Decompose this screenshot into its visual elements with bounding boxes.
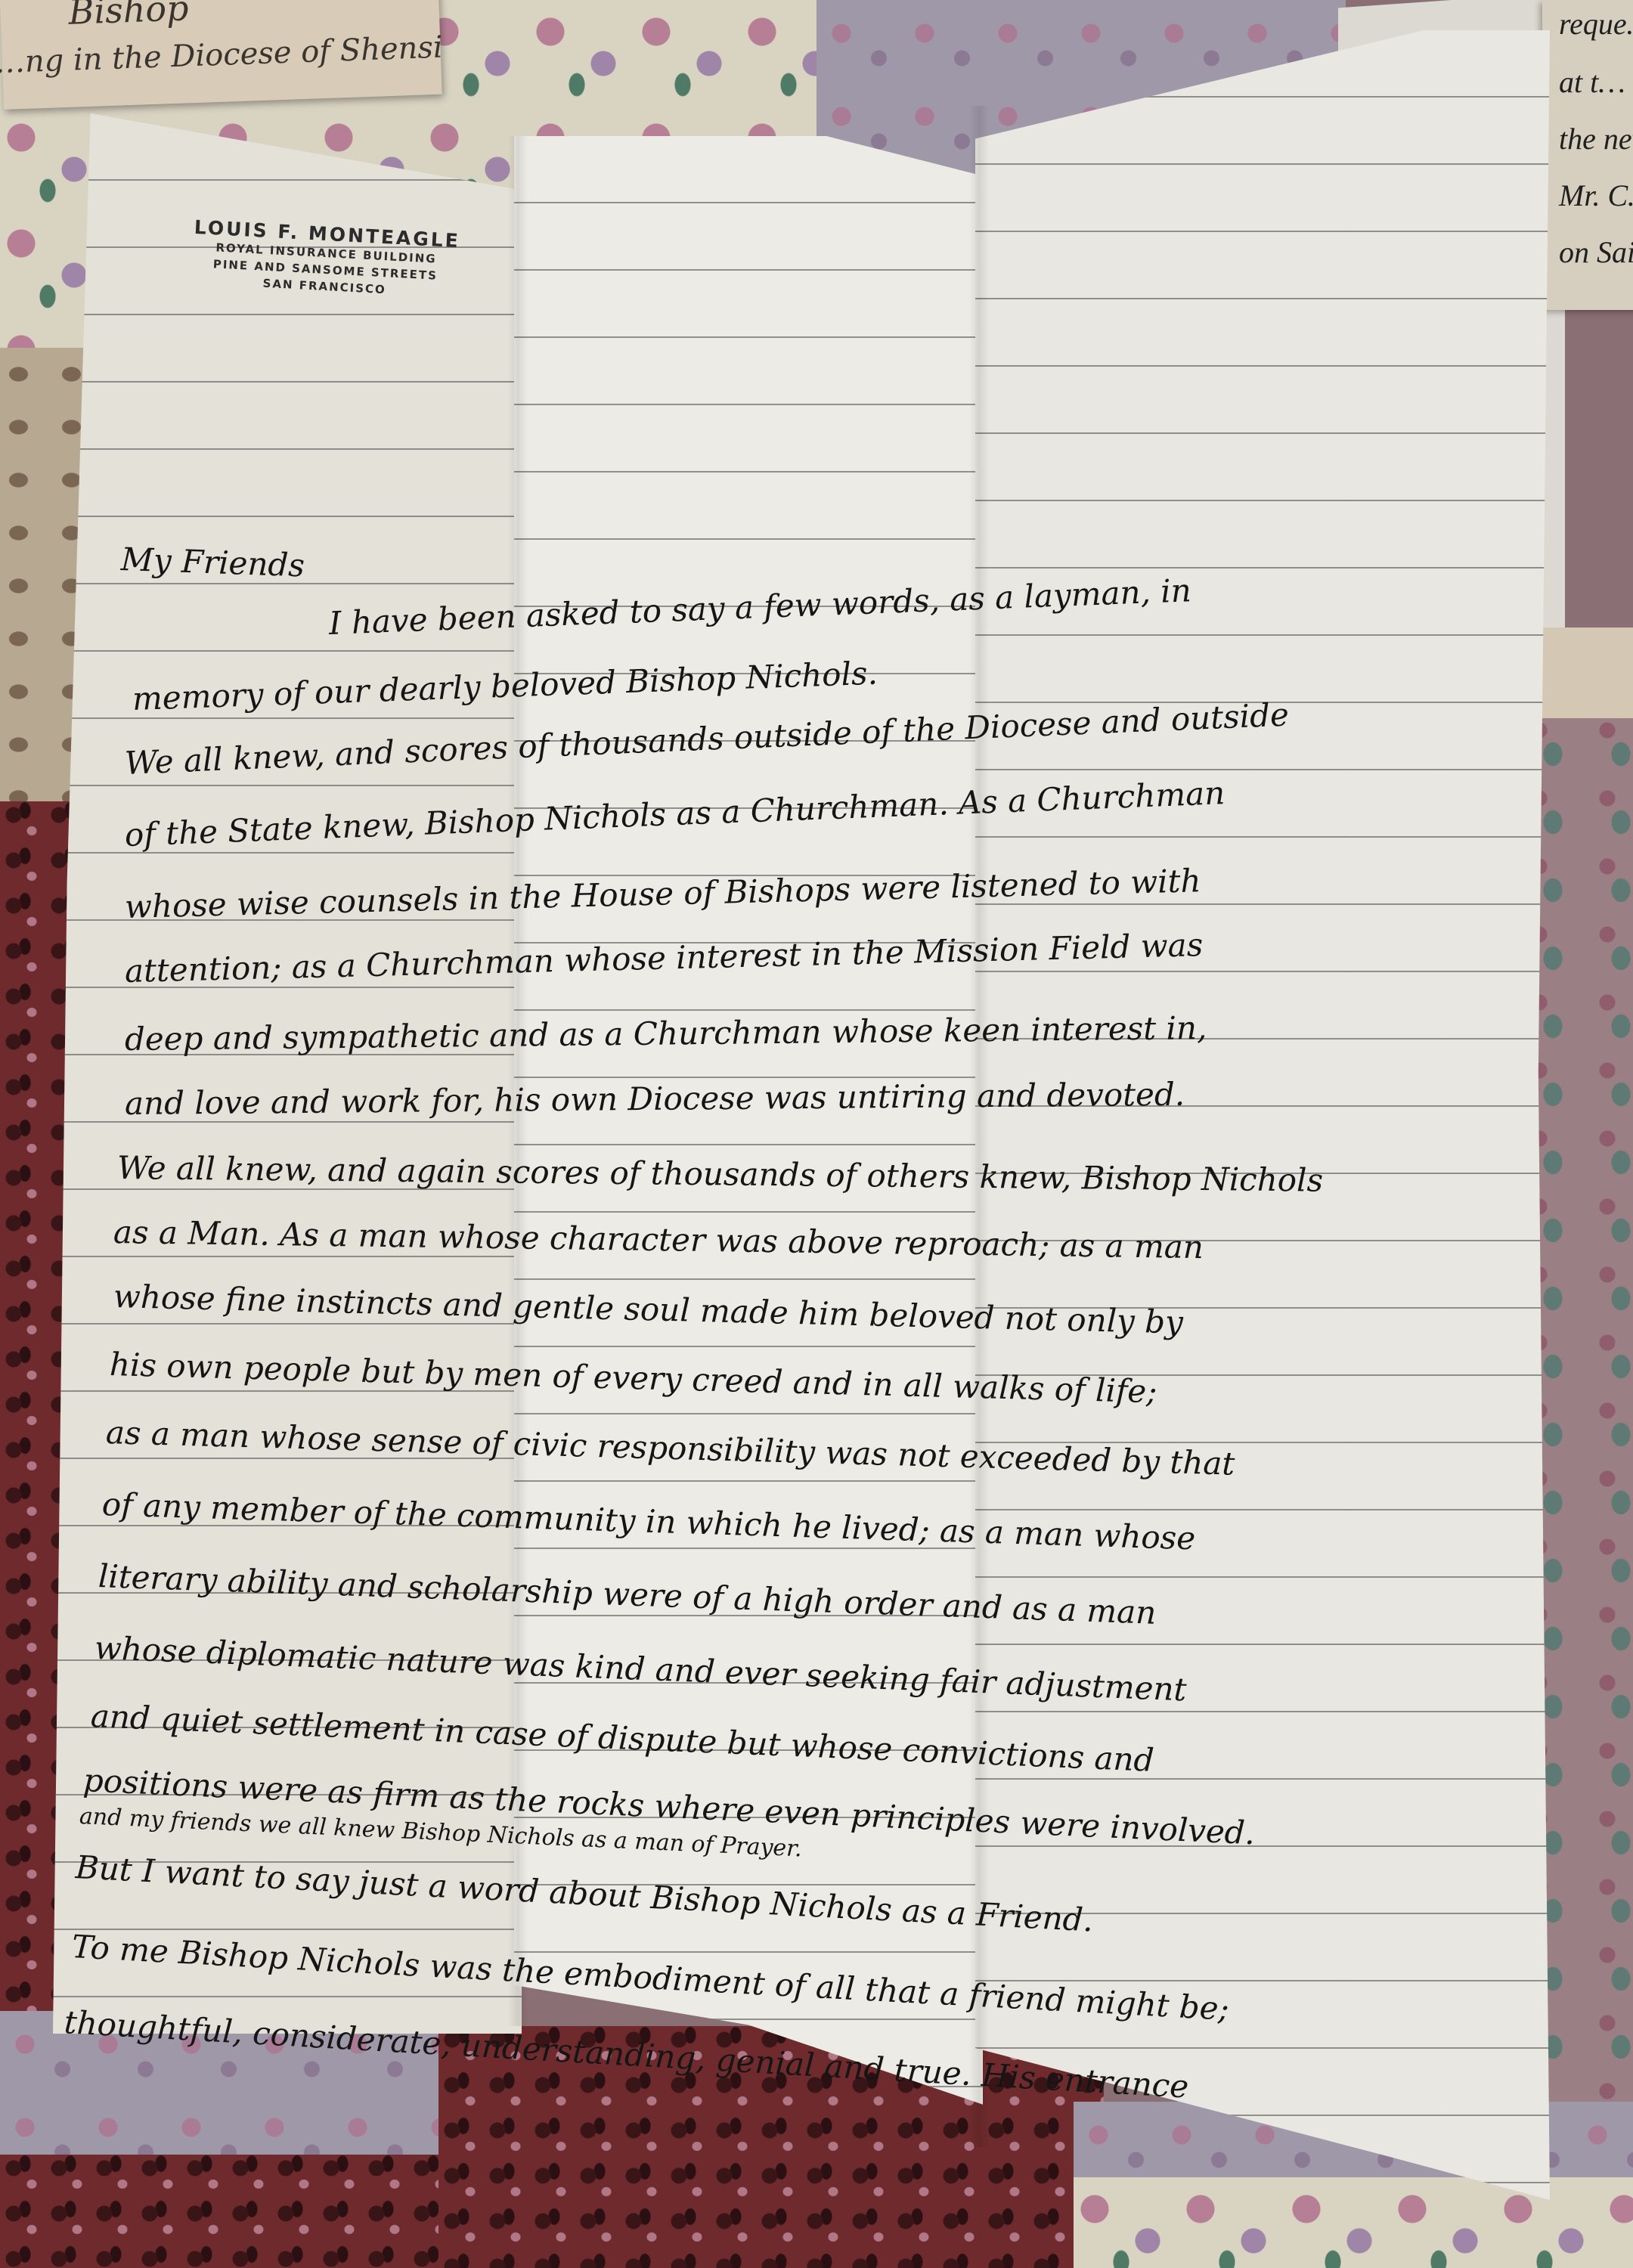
letter: LOUIS F. MONTEAGLE ROYAL INSURANCE BUILD…	[0, 0, 1633, 2268]
letterhead: LOUIS F. MONTEAGLE ROYAL INSURANCE BUILD…	[191, 216, 461, 302]
fold-crease	[969, 106, 989, 2147]
salutation: My Friends	[120, 541, 305, 584]
letter-panel-right	[975, 30, 1550, 2200]
